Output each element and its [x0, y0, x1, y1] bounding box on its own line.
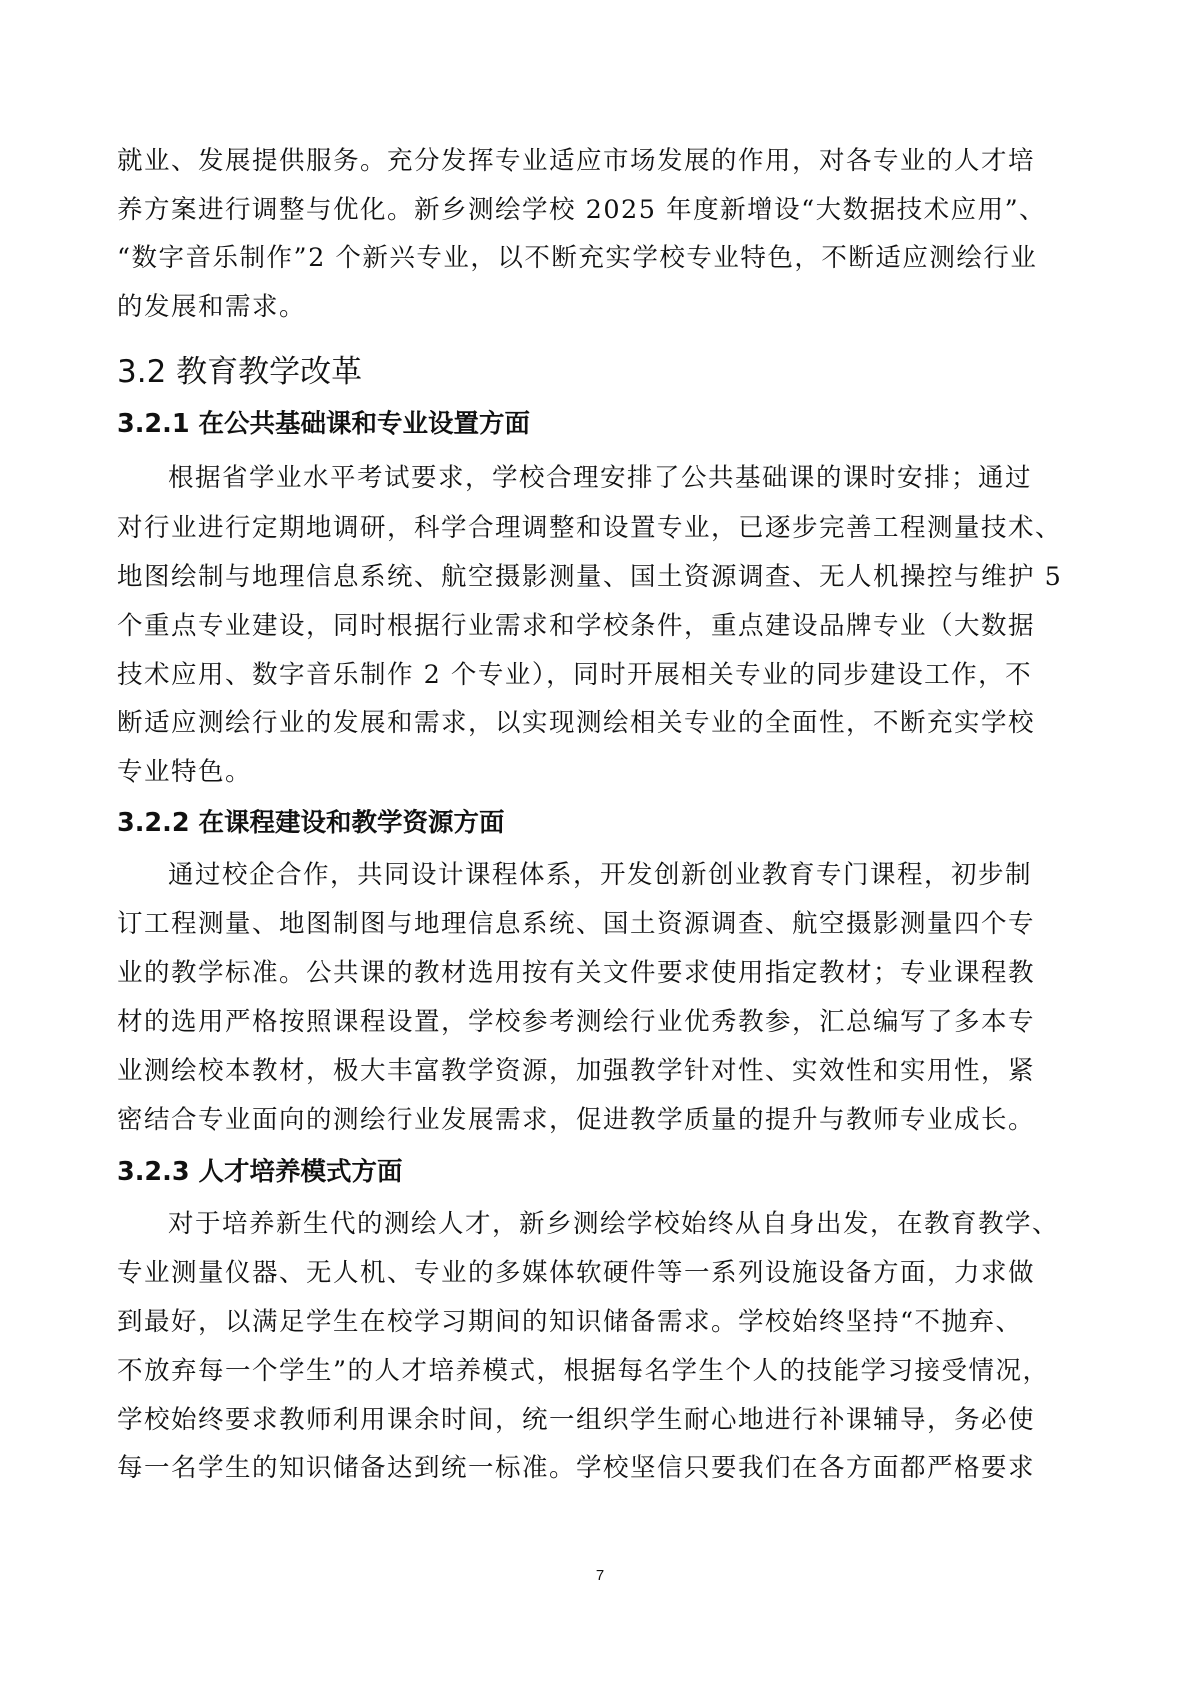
paragraph-line: 通过校企合作，共同设计课程体系，开发创新创业教育专门课程，初步制: [168, 857, 1128, 893]
paragraph-line: 业测绘校本教材，极大丰富教学资源，加强教学针对性、实效性和实用性，紧: [117, 1053, 1077, 1089]
paragraph-line: 不放弃每一个学生”的人才培养模式，根据每名学生个人的技能学习接受情况，: [117, 1353, 1077, 1389]
subsection-heading-3-2-1: 3.2.1 在公共基础课和专业设置方面: [117, 406, 530, 442]
paragraph-line: 地图绘制与地理信息系统、航空摄影测量、国土资源调查、无人机操控与维护 5: [117, 559, 1077, 595]
paragraph-line: “数字音乐制作”2 个新兴专业，以不断充实学校专业特色，不断适应测绘行业: [117, 240, 1077, 276]
paragraph-line: 就业、发展提供服务。充分发挥专业适应市场发展的作用，对各专业的人才培: [117, 143, 1077, 179]
page-number: 7: [0, 1567, 1200, 1584]
subsection-heading-3-2-2: 3.2.2 在课程建设和教学资源方面: [117, 805, 504, 841]
paragraph-line: 的发展和需求。: [117, 289, 1077, 325]
paragraph-line: 学校始终要求教师利用课余时间，统一组织学生耐心地进行补课辅导，务必使: [117, 1402, 1077, 1438]
paragraph-line: 技术应用、数字音乐制作 2 个专业），同时开展相关专业的同步建设工作，不: [117, 657, 1077, 693]
paragraph-line: 对于培养新生代的测绘人才，新乡测绘学校始终从自身出发，在教育教学、: [168, 1206, 1128, 1242]
paragraph-line: 密结合专业面向的测绘行业发展需求，促进教学质量的提升与教师专业成长。: [117, 1102, 1077, 1138]
section-heading-3-2: 3.2 教育教学改革: [117, 352, 362, 392]
paragraph-line: 专业特色。: [117, 754, 1077, 790]
paragraph-line: 材的选用严格按照课程设置，学校参考测绘行业优秀教参，汇总编写了多本专: [117, 1004, 1077, 1040]
paragraph-line: 每一名学生的知识储备达到统一标准。学校坚信只要我们在各方面都严格要求: [117, 1450, 1077, 1486]
paragraph-line: 个重点专业建设，同时根据行业需求和学校条件，重点建设品牌专业（大数据: [117, 608, 1077, 644]
document-page: 就业、发展提供服务。充分发挥专业适应市场发展的作用，对各专业的人才培 养方案进行…: [0, 0, 1200, 1696]
paragraph-line: 业的教学标准。公共课的教材选用按有关文件要求使用指定教材；专业课程教: [117, 955, 1077, 991]
paragraph-line: 根据省学业水平考试要求，学校合理安排了公共基础课的课时安排；通过: [168, 460, 1128, 496]
paragraph-line: 养方案进行调整与优化。新乡测绘学校 2025 年度新增设“大数据技术应用”、: [117, 192, 1077, 228]
paragraph-line: 到最好，以满足学生在校学习期间的知识储备需求。学校始终坚持“不抛弃、: [117, 1304, 1077, 1340]
paragraph-line: 断适应测绘行业的发展和需求，以实现测绘相关专业的全面性，不断充实学校: [117, 705, 1077, 741]
subsection-heading-3-2-3: 3.2.3 人才培养模式方面: [117, 1154, 402, 1190]
paragraph-line: 对行业进行定期地调研，科学合理调整和设置专业，已逐步完善工程测量技术、: [117, 510, 1077, 546]
paragraph-line: 订工程测量、地图制图与地理信息系统、国土资源调查、航空摄影测量四个专: [117, 906, 1077, 942]
paragraph-line: 专业测量仪器、无人机、专业的多媒体软硬件等一系列设施设备方面，力求做: [117, 1255, 1077, 1291]
